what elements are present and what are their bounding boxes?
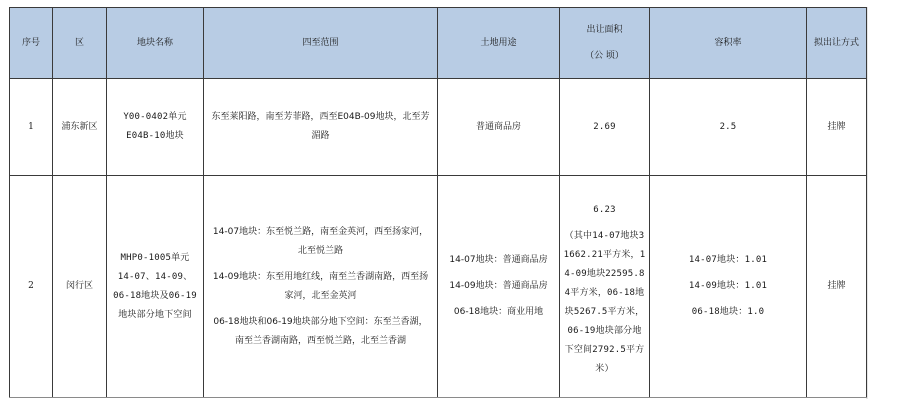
cell-far: 2.5: [650, 79, 807, 176]
land-transfer-table: 序号 区 地块名称 四至范围 土地用途 出让面积 （公 顷） 容积率 拟出让方式…: [9, 7, 867, 398]
header-seq: 序号: [10, 8, 53, 79]
table-row: 1 浦东新区 Y00-0402单元E04B-10地块 东至莱阳路，南至芳菲路，西…: [10, 79, 867, 176]
cell-district: 闵行区: [53, 176, 107, 398]
cell-parcel-name: MHP0-1005单元14-07、14-09、06-18地块及06-19地块部分…: [107, 176, 204, 398]
cell-method: 挂牌: [807, 176, 867, 398]
cell-method: 挂牌: [807, 79, 867, 176]
far-14-07: 14-07地块：1.01: [654, 251, 802, 270]
header-area-label: 出让面积: [564, 21, 645, 40]
boundary-14-07: 14-07地块：东至悦兰路，南至金英河，西至扬家河，北至悦兰路: [212, 223, 429, 261]
cell-area: 6.23 （其中14-07地块31662.21平方米，14-09地块22595.…: [560, 176, 650, 398]
header-boundaries: 四至范围: [204, 8, 438, 79]
far-14-09: 14-09地块：1.01: [654, 277, 802, 296]
header-district: 区: [53, 8, 107, 79]
cell-seq: 1: [10, 79, 53, 176]
boundary-14-09: 14-09地块：东至用地红线，南至兰香湖南路，西至扬家河，北至金英河: [212, 268, 429, 306]
cell-area: 2.69: [560, 79, 650, 176]
land-use-06-18: 06-18地块：商业用地: [442, 303, 555, 322]
far-06-18: 06-18地块：1.0: [654, 303, 802, 322]
header-row: 序号 区 地块名称 四至范围 土地用途 出让面积 （公 顷） 容积率 拟出让方式: [10, 8, 867, 79]
cell-land-use: 14-07地块：普通商品房 14-09地块：普通商品房 06-18地块：商业用地: [438, 176, 560, 398]
header-far: 容积率: [650, 8, 807, 79]
boundary-06-18-06-19: 06-18地块和06-19地块部分地下空间：东至兰香湖，南至兰香湖南路，西至悦兰…: [212, 313, 429, 351]
header-method: 拟出让方式: [807, 8, 867, 79]
cell-parcel-name: Y00-0402单元E04B-10地块: [107, 79, 204, 176]
cell-far: 14-07地块：1.01 14-09地块：1.01 06-18地块：1.0: [650, 176, 807, 398]
cell-boundaries: 东至莱阳路，南至芳菲路，西至E04B-09地块，北至芳湄路: [204, 79, 438, 176]
header-parcel-name: 地块名称: [107, 8, 204, 79]
land-use-14-09: 14-09地块：普通商品房: [442, 277, 555, 296]
cell-district: 浦东新区: [53, 79, 107, 176]
header-area-unit: （公 顷）: [564, 47, 645, 66]
header-area: 出让面积 （公 顷）: [560, 8, 650, 79]
land-use-14-07: 14-07地块：普通商品房: [442, 251, 555, 270]
table-row: 2 闵行区 MHP0-1005单元14-07、14-09、06-18地块及06-…: [10, 176, 867, 398]
cell-boundaries: 14-07地块：东至悦兰路，南至金英河，西至扬家河，北至悦兰路 14-09地块：…: [204, 176, 438, 398]
area-breakdown: （其中14-07地块31662.21平方米，14-09地块22595.84平方米…: [563, 227, 646, 379]
cell-land-use: 普通商品房: [438, 79, 560, 176]
area-total: 6.23: [563, 201, 646, 220]
cell-seq: 2: [10, 176, 53, 398]
header-land-use: 土地用途: [438, 8, 560, 79]
